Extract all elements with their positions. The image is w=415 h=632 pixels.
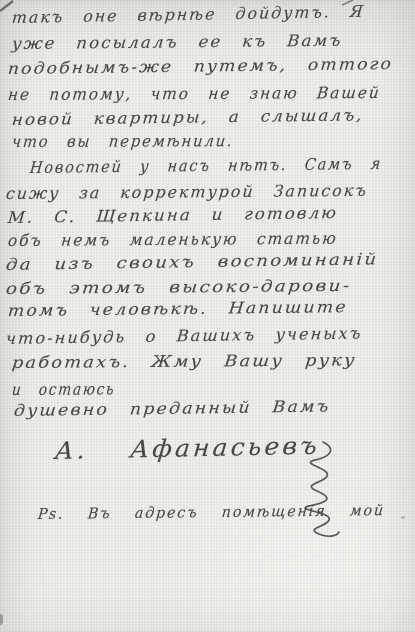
handwriting-line: не потому, что не знаю Вашей [7, 83, 382, 104]
handwriting-line: душевно преданный Вамъ [13, 396, 331, 420]
handwriting-line: сижу за корректурой Записокъ [5, 181, 369, 203]
handwriting-line: да изъ своихъ воспоминаній [5, 249, 379, 274]
handwriting-line: объ немъ маленькую статью [7, 229, 339, 250]
handwriting-line: что вы перемѣнили. [11, 131, 235, 151]
handwriting-line: М. С. Щепкина и готовлю [7, 203, 339, 227]
handwriting-line: такъ оне вѣрнѣе дойдутъ. Я [11, 2, 365, 27]
handwriting-line: Новостей у насъ нѣтъ. Самъ я [29, 154, 383, 177]
signature: А. Афанасьевъ [54, 432, 321, 465]
scan-artifact-speck [0, 614, 3, 625]
handwriting-line: объ этомъ высоко-дарови- [5, 276, 352, 298]
handwriting-line: подобнымъ-же путемъ, оттого [7, 54, 394, 78]
handwriting-line: уже посылалъ ее къ Вамъ [11, 31, 343, 53]
postscript-line: Ps. Въ адресъ помѣщенія мой [37, 501, 386, 523]
handwriting-line: томъ человѣкѣ. Напишите [7, 297, 349, 320]
scan-artifact-speck [401, 516, 405, 519]
handwriting-line: новой квартиры, а слышалъ, [11, 105, 365, 129]
handwriting-line: что-нибудь о Вашихъ ученыхъ [5, 323, 363, 348]
scanned-letter-page: такъ оне вѣрнѣе дойдутъ. Яуже посылалъ е… [0, 0, 415, 632]
handwriting-line: работахъ. Жму Вашу руку [11, 350, 357, 372]
handwriting-line: и остаюсь [11, 379, 116, 399]
